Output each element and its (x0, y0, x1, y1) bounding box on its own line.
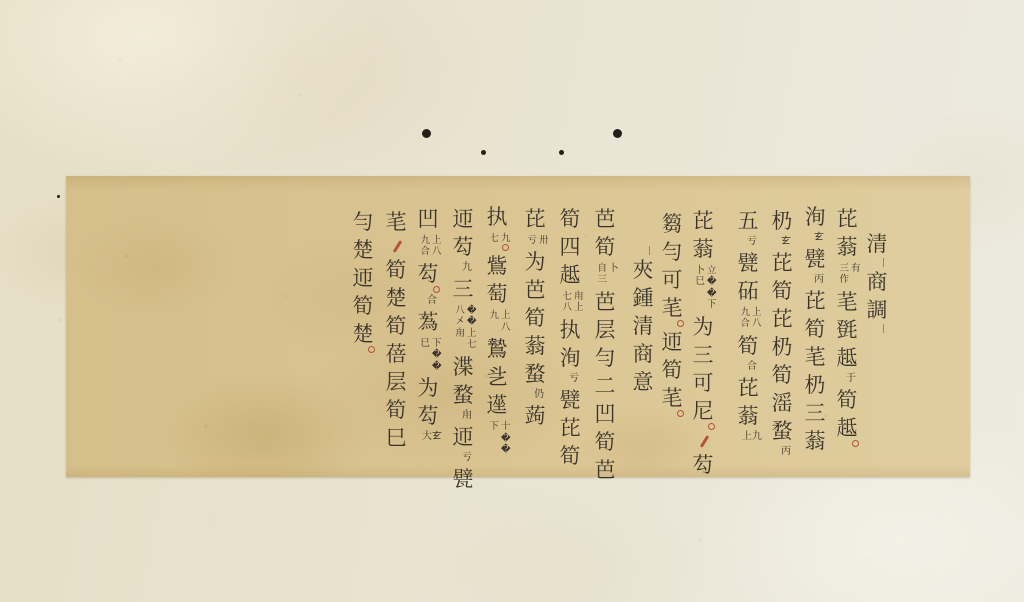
tablature-glyph: 夾 (633, 260, 654, 281)
tablature-glyph: 勻 (353, 212, 374, 233)
annotation-pair: 卜自 三 (597, 263, 618, 286)
tablature-column-11: 执九七鴜萄上 八九鷙乧遳十 � �下 (481, 207, 513, 461)
tablature-glyph: 鍾 (633, 288, 654, 309)
tablature-glyph: 渫 (453, 357, 474, 378)
scanned-manuscript-photo: 清商調芘蓊有三 作芼㲪趆于筍趆洵𤣥甓丙芘筍芼㭁三蓊㭁𤣥芘筍芘㭁筍滛蝥丙五亏甓砳上… (0, 0, 1024, 602)
annotation-pair: � � 上 七八 㐅 甪 (455, 305, 476, 351)
annotation-subcolumn: � � 上 七 (467, 305, 477, 351)
tablature-glyph: 調 (867, 300, 888, 321)
tablature-column-8: 芭筍卜自 三芭层勻二凹筍芭 (589, 209, 621, 488)
tablature-glyph: 芶 (693, 455, 714, 476)
tablature-glyph: 筍 (560, 446, 581, 467)
annotation-pair: 有三 作 (839, 263, 860, 286)
annotation-glyph: 九 (462, 263, 472, 273)
annotation-subcolumn: 自 三 (597, 263, 607, 286)
title-column: 清商調 (861, 234, 893, 338)
red-circle-mark (433, 286, 440, 293)
tablature-glyph: 蓊 (837, 237, 858, 258)
tablature-column-10: 芘卅亏为芭筍蓊蝥仍蒟 (519, 209, 551, 434)
tablature-glyph: 洵 (805, 207, 826, 228)
red-circle-mark (677, 410, 684, 417)
tablature-glyph: 鷙 (487, 339, 508, 360)
tablature-glyph: 芘 (837, 209, 858, 230)
annotation-pair: 立 � � 下卜 巳 (695, 265, 716, 311)
tablature-glyph: 楚 (353, 324, 374, 345)
tablature-glyph: 可 (662, 270, 683, 291)
annotation-subcolumn: 有 (851, 263, 861, 286)
annotation-glyph: 丙 (814, 275, 824, 285)
tablature-glyph: 意 (633, 372, 654, 393)
tablature-glyph: 㭁 (772, 337, 793, 358)
tablature-column-1: 芘蓊有三 作芼㲪趆于筍趆 (831, 209, 863, 452)
tablature-glyph: 楚 (386, 288, 407, 309)
annotation-glyph: 亏 (747, 237, 757, 247)
tablature-glyph: 为 (418, 378, 439, 399)
red-tick-mark (649, 246, 651, 255)
annotation-glyph: 丙 (781, 447, 791, 457)
tablature-glyph: 芘 (772, 309, 793, 330)
annotation-subcolumn: 亏 (527, 235, 537, 246)
tablature-glyph: 筍 (772, 365, 793, 386)
annotation-pair: 上 八九 合 (740, 307, 761, 330)
tablature-glyph: 商 (633, 344, 654, 365)
tablature-glyph: 筍 (595, 237, 616, 258)
tablature-glyph: 芼 (662, 298, 683, 319)
tablature-glyph: 蓓 (386, 344, 407, 365)
tablature-glyph: 砳 (738, 281, 759, 302)
annotation-pair: 上 八九 合 (420, 235, 441, 258)
tablature-glyph: 蓊 (738, 406, 759, 427)
tablature-glyph: 迊 (662, 332, 683, 353)
tablature-glyph: 巳 (386, 428, 407, 449)
tablature-glyph: 蓊 (525, 336, 546, 357)
tablature-glyph: 筍 (386, 316, 407, 337)
annotation-glyph: 于 (846, 374, 856, 384)
annotation-subcolumn: 立 � � 下 (707, 265, 717, 311)
tablature-glyph: 芭 (595, 292, 616, 313)
annotation-subcolumn: 上 八 (432, 235, 442, 258)
tablature-glyph: 筍 (805, 319, 826, 340)
red-circle-mark (502, 244, 509, 251)
tablature-glyph: 层 (386, 372, 407, 393)
tablature-glyph: 筍 (738, 336, 759, 357)
annotation-glyph: 亏 (569, 374, 579, 384)
tablature-glyph: 筍 (837, 390, 858, 411)
tablature-glyph: 层 (595, 320, 616, 341)
tablature-glyph: 㭁 (772, 211, 793, 232)
annotation-subcolumn: 九 (501, 233, 511, 244)
tablature-glyph: 芭 (595, 209, 616, 230)
tablature-glyph: 乧 (487, 367, 508, 388)
tablature-glyph: 㭁 (805, 375, 826, 396)
tablature-glyph: 芶 (453, 237, 474, 258)
annotation-subcolumn: 八 㐅 甪 (455, 305, 465, 351)
ink-dot (481, 150, 486, 155)
tablature-glyph: 为 (525, 252, 546, 273)
red-slash-mark (392, 240, 401, 253)
tablature-glyph: 芘 (693, 211, 714, 232)
tablature-glyph: 商 (867, 272, 888, 293)
annotation-subcolumn: 卜 巳 (695, 265, 705, 311)
annotation-subcolumn: 卅 (539, 235, 549, 246)
manuscript-sheet: 清商調芘蓊有三 作芼㲪趆于筍趆洵𤣥甓丙芘筍芼㭁三蓊㭁𤣥芘筍芘㭁筍滛蝥丙五亏甓砳上… (66, 176, 970, 477)
tablature-glyph: 筍 (353, 296, 374, 317)
tablature-glyph: 鴜 (487, 256, 508, 277)
tablature-glyph: 滛 (772, 393, 793, 414)
tablature-glyph: 萄 (487, 284, 508, 305)
tablature-column-9: 筍四趆甪 上七 八执洵亏甓芘筍 (554, 209, 586, 474)
annotation-glyph: 仍 (534, 390, 544, 400)
annotation-subcolumn: 九 合 (740, 307, 750, 330)
tablature-glyph: 为 (693, 317, 714, 338)
tablature-glyph: 筍 (772, 281, 793, 302)
tablature-glyph: 芼 (662, 388, 683, 409)
tablature-glyph: 楚 (353, 240, 374, 261)
tablature-glyph: 筍 (386, 260, 407, 281)
tablature-glyph: 蓊 (693, 239, 714, 260)
red-circle-mark (708, 423, 715, 430)
tablature-glyph: 清 (633, 316, 654, 337)
tablature-glyph: 筍 (595, 432, 616, 453)
annotation-subcolumn: 三 作 (839, 263, 849, 286)
ink-dot (613, 129, 622, 138)
tablature-glyph: 执 (560, 320, 581, 341)
tablature-column-4: 五亏甓砳上 八九 合筍合芘蓊上九 (732, 211, 764, 448)
tablature-glyph: 蝥 (772, 421, 793, 442)
annotation-pair: 十 � �下 (489, 421, 510, 455)
annotation-subcolumn: 七 八 (562, 291, 572, 314)
annotation-subcolumn: 下 (489, 421, 499, 455)
red-tick-mark (883, 258, 885, 267)
tablature-glyph: 芘 (560, 418, 581, 439)
tablature-glyph: 五 (738, 211, 759, 232)
tablature-glyph: 三 (453, 279, 474, 300)
tablature-column-13: 凹上 八九 合芶合蒍下 � �巳为芶大𤣥 (412, 209, 444, 448)
annotation-glyph: 上九 (742, 432, 762, 442)
tablature-glyph: 芶 (418, 406, 439, 427)
annotation-subcolumn: 下 � � (432, 338, 442, 372)
annotation-subcolumn: 九 (489, 310, 499, 333)
annotation-glyph: 合 (747, 362, 757, 372)
tablature-glyph: 筍 (560, 209, 581, 230)
tablature-glyph: 芘 (772, 253, 793, 274)
tablature-glyph: 芼 (837, 292, 858, 313)
tablature-glyph: 篘 (662, 214, 683, 235)
red-circle-mark (852, 440, 859, 447)
tablature-column-14: 芼筍楚筍蓓层筍巳 (380, 212, 412, 456)
tablature-glyph: 㲪 (837, 320, 858, 341)
tablature-glyph: 可 (693, 373, 714, 394)
red-circle-mark (677, 320, 684, 327)
red-circle-mark (368, 346, 375, 353)
tablature-column-7: 夾鍾清商意 (627, 250, 659, 400)
tablature-glyph: 勻 (662, 242, 683, 263)
tablature-glyph: 芶 (418, 264, 439, 285)
tablature-glyph: 蒍 (418, 312, 439, 333)
tablature-glyph: 甓 (738, 253, 759, 274)
tablature-glyph: 洵 (560, 348, 581, 369)
tablature-glyph: 甓 (453, 469, 474, 490)
annotation-glyph: 合 (427, 296, 437, 306)
annotation-pair: 九七 (489, 233, 510, 244)
annotation-pair: 下 � �巳 (420, 338, 441, 372)
tablature-glyph: 趆 (560, 265, 581, 286)
tablature-glyph: 蒟 (525, 406, 546, 427)
annotation-glyph: 𤣥 (814, 233, 824, 243)
tablature-glyph: 三 (693, 345, 714, 366)
annotation-subcolumn: 九 合 (420, 235, 430, 258)
tablature-glyph: 执 (487, 207, 508, 228)
tablature-glyph: 筍 (386, 400, 407, 421)
tablature-glyph: 迊 (353, 268, 374, 289)
tablature-column-5: 芘蓊立 � � 下卜 巳为三可尼芶 (687, 211, 719, 483)
tablature-column-6: 篘勻可芼迊筍芼 (656, 214, 688, 422)
annotation-glyph: 𤣥 (781, 237, 791, 247)
tablature-column-2: 洵𤣥甓丙芘筍芼㭁三蓊 (799, 207, 831, 459)
red-slash-mark (699, 435, 708, 448)
annotation-subcolumn: 甪 上 (574, 291, 584, 314)
tablature-glyph: 四 (560, 237, 581, 258)
annotation-subcolumn: 上 八 (501, 310, 511, 333)
tablature-glyph: 清 (867, 234, 888, 255)
tablature-column-12: 迊芶九三� � 上 七八 㐅 甪渫蝥甪迊亏甓 (447, 209, 479, 497)
annotation-subcolumn: 上 八 (752, 307, 762, 330)
red-tick-mark (883, 324, 885, 333)
tablature-glyph: 芭 (525, 280, 546, 301)
tablature-glyph: 二 (595, 376, 616, 397)
tablature-glyph: 迊 (453, 209, 474, 230)
tablature-glyph: 趆 (837, 348, 858, 369)
tablature-glyph: 凹 (595, 404, 616, 425)
tablature-glyph: 芘 (525, 209, 546, 230)
annotation-subcolumn: 卜 (609, 263, 619, 286)
tablature-glyph: 蝥 (453, 385, 474, 406)
tablature-glyph: 勻 (595, 348, 616, 369)
annotation-glyph: 大𤣥 (422, 432, 442, 442)
tablature-glyph: 甓 (805, 249, 826, 270)
tablature-glyph: 芼 (805, 347, 826, 368)
tablature-glyph: 芘 (805, 291, 826, 312)
ink-dot (559, 150, 564, 155)
tablature-glyph: 筍 (662, 360, 683, 381)
tablature-glyph: 迊 (453, 427, 474, 448)
annotation-pair: 上 八九 (489, 310, 510, 333)
tablature-column-3: 㭁𤣥芘筍芘㭁筍滛蝥丙 (766, 211, 798, 463)
annotation-glyph: 亏 (462, 453, 472, 463)
ink-dot (57, 195, 60, 198)
annotation-pair: 卅亏 (527, 235, 548, 246)
tablature-glyph: 三 (805, 403, 826, 424)
tablature-glyph: 芭 (595, 460, 616, 481)
tablature-glyph: 遳 (487, 395, 508, 416)
tablature-glyph: 芼 (386, 212, 407, 233)
tablature-glyph: 趆 (837, 418, 858, 439)
tablature-glyph: 芘 (738, 378, 759, 399)
tablature-column-15: 勻楚迊筍楚 (347, 212, 379, 358)
tablature-glyph: 蝥 (525, 364, 546, 385)
annotation-subcolumn: 十 � � (501, 421, 511, 455)
annotation-glyph: 甪 (462, 411, 472, 421)
tablature-glyph: 筍 (525, 308, 546, 329)
tablature-glyph: 甓 (560, 390, 581, 411)
tablature-glyph: 尼 (693, 401, 714, 422)
annotation-pair: 甪 上七 八 (562, 291, 583, 314)
annotation-subcolumn: 巳 (420, 338, 430, 372)
tablature-glyph: 蓊 (805, 431, 826, 452)
annotation-subcolumn: 七 (489, 233, 499, 244)
tablature-glyph: 凹 (418, 209, 439, 230)
ink-dot (422, 129, 431, 138)
